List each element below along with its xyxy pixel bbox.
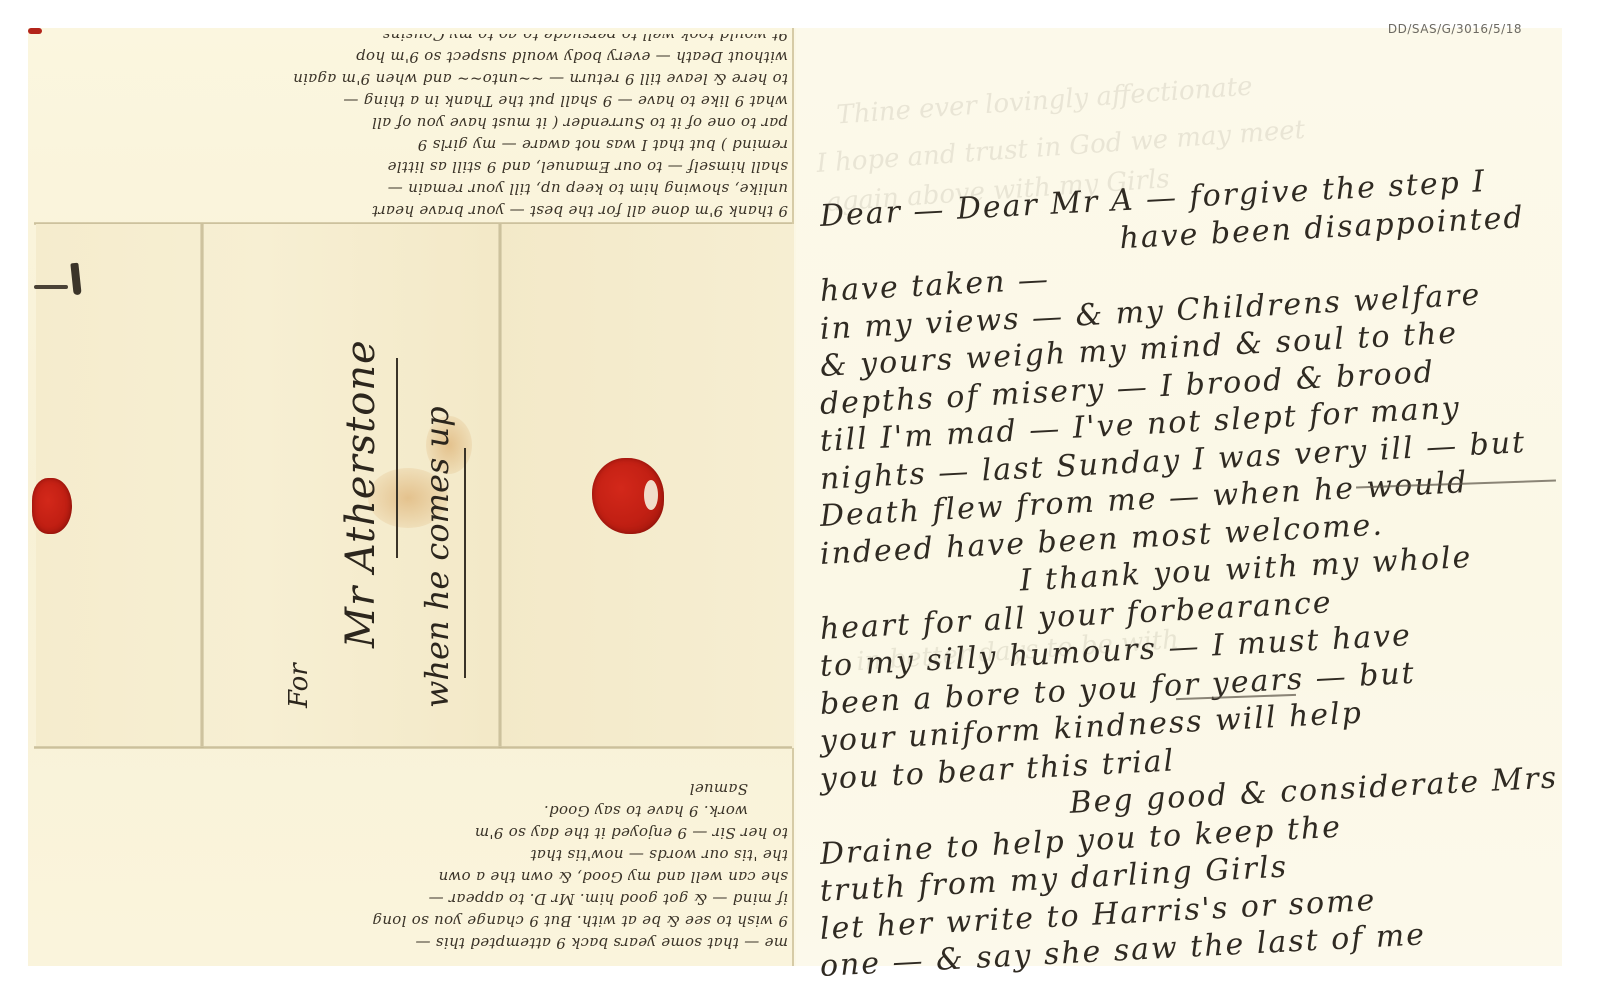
cover-sheet: 9 thank 9'm done all for the best — your… <box>28 28 794 966</box>
letter-scan: 9 thank 9'm done all for the best — your… <box>28 28 1562 966</box>
cross-line: unlike, showing him to keep up, till you… <box>38 178 788 200</box>
cross-line: remind ) but that I was not aware — my g… <box>38 134 788 156</box>
cross-line: shall himself — to our Emanuel, and 9 st… <box>38 156 788 178</box>
letter-body: Dear — Dear Mr A — forgive the step I ha… <box>820 198 1550 986</box>
fold-line-left <box>200 224 204 748</box>
address-instruction: when he comes up <box>418 406 456 708</box>
cross-written-top-block: 9 thank 9'm done all for the best — your… <box>38 34 788 224</box>
cross-line: to her Sir — 9 enjoyed it the day so 9'm <box>38 822 788 844</box>
cross-line: if mind — & got good him. Mr D. to appea… <box>38 888 788 910</box>
address-underline <box>464 448 466 678</box>
cross-line: the 'tis our words — now'tis that <box>38 844 788 866</box>
cross-line: without Death — every body would suspect… <box>38 46 788 68</box>
cross-line: par to one of it to Surrender ( it must … <box>38 112 788 134</box>
cross-line: Samuel <box>38 778 788 800</box>
cross-line: 9 wish to see & be at with. But 9 change… <box>38 910 788 932</box>
address-underline <box>396 358 398 558</box>
address-prefix: For <box>284 663 314 708</box>
cross-line: work. 9 have to say Good. <box>38 800 788 822</box>
cross-line: 9t would took well to persuade to go to … <box>38 34 788 46</box>
cross-line: 9 thank 9'm done all for the best — your… <box>38 200 788 222</box>
cross-written-bottom-block: me — that some years back 9 attempted th… <box>38 756 788 962</box>
fold-line-middle <box>498 224 502 748</box>
ink-stroke <box>34 285 68 289</box>
wax-seal-icon <box>32 478 72 534</box>
archive-reference: DD/SAS/G/3016/5/18 <box>1388 22 1522 36</box>
address-block: For Mr Atherstone when he comes up <box>278 238 478 708</box>
address-recipient: Mr Atherstone <box>338 339 384 648</box>
cross-line: to here & leave till 9 return — ~~unto~~… <box>38 68 788 90</box>
cross-line: me — that some years back 9 attempted th… <box>38 932 788 954</box>
cross-line: she can well and my Good, & own the a ow… <box>38 866 788 888</box>
fold-line-bottom <box>34 746 792 749</box>
cross-line: what 9 like to have — 9 shall put the Th… <box>38 90 788 112</box>
wax-seal-icon <box>592 458 664 534</box>
letter-page: DD/SAS/G/3016/5/18 Thine ever lovingly a… <box>796 28 1562 966</box>
